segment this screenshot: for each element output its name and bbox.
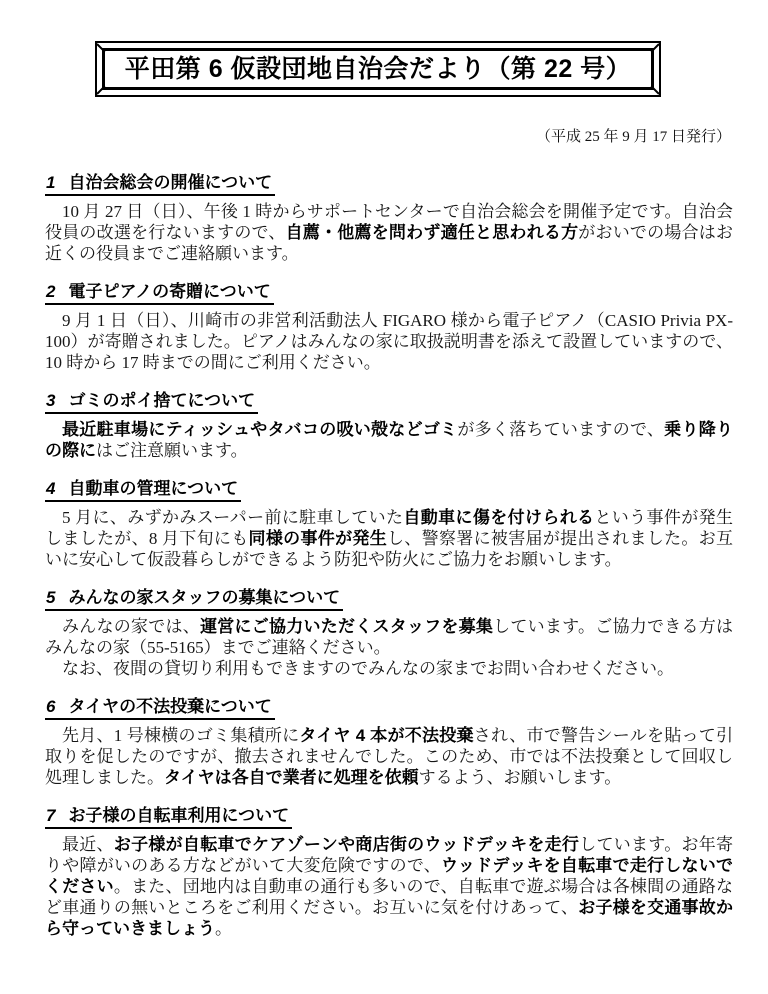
paragraph: 最近駐車場にティッシュやタバコの吸い殻などゴミが多く落ちていますので、乗り降りの… [45,419,733,461]
section-heading-underline: 1自治会総会の開催について [45,173,275,196]
emphasis-text-run: お子様が自転車でケアゾーンや商店街のウッドデッキを走行 [114,835,579,854]
section-number: 3 [46,391,55,411]
section-title: 電子ピアノの寄贈について [68,282,270,301]
section-heading: 4自動車の管理について [45,479,733,502]
emphasis-text-run: 最近駐車場にティッシュやタバコの吸い殻などゴミ [62,420,457,439]
issue-date: （平成 25 年 9 月 17 日発行） [45,127,731,147]
section-title: 自動車の管理について [68,479,238,498]
sections-container: 1自治会総会の開催について10 月 27 日（日）、午後 1 時からサポートセン… [45,173,733,939]
section-heading: 1自治会総会の開催について [45,173,733,196]
section-heading-underline: 3ゴミのポイ捨てについて [45,391,258,414]
section-heading-underline: 4自動車の管理について [45,479,241,502]
section-number: 1 [46,173,55,193]
section-title: お子様の自転車利用について [68,806,289,825]
frame-bevel-top-right [651,43,660,52]
frame-bevel-bottom-left [96,86,105,95]
section-title: ゴミのポイ捨てについて [68,391,255,410]
paragraph: 先月、1 号棟横のゴミ集積所にタイヤ 4 本が不法投棄され、市で警告シールを貼っ… [45,725,733,788]
text-run: が多く落ちていますので、 [457,420,664,439]
section-heading: 7お子様の自転車利用について [45,806,733,829]
emphasis-text-run: 運営にご協力いただくスタッフを募集 [200,617,493,636]
section-title: 自治会総会の開催について [68,173,272,192]
section: 5みんなの家スタッフの募集についてみんなの家では、運営にご協力いただくスタッフを… [45,588,733,679]
section: 7お子様の自転車利用について最近、お子様が自転車でケアゾーンや商店街のウッドデッ… [45,806,733,939]
frame-bevel-bottom-right [651,86,660,95]
paragraph: 10 月 27 日（日）、午後 1 時からサポートセンターで自治会総会を開催予定… [45,201,733,264]
newsletter-page: 平田第 6 仮設団地自治会だより（第 22 号） （平成 25 年 9 月 17… [0,0,768,994]
emphasis-text-run: 同様の事件が発生 [249,529,388,548]
section: 3ゴミのポイ捨てについて最近駐車場にティッシュやタバコの吸い殻などゴミが多く落ち… [45,391,733,461]
section-title: みんなの家スタッフの募集について [68,588,340,607]
text-run: はご注意願います。 [96,441,248,460]
section-number: 5 [46,588,55,608]
section-number: 4 [46,479,55,499]
text-run: 5 月に、みずかみスーパー前に駐車していた [62,508,403,527]
paragraph: みんなの家では、運営にご協力いただくスタッフを募集しています。ご協力できる方はみ… [45,616,733,658]
text-run: 先月、1 号棟横のゴミ集積所に [62,726,299,745]
section: 2電子ピアノの寄贈について9 月 1 日（日）、川崎市の非営利活動法人 FIGA… [45,282,733,373]
section-number: 6 [46,697,55,717]
text-run: 最近、 [62,835,114,854]
section-heading: 6タイヤの不法投棄について [45,697,733,720]
section-title: タイヤの不法投棄について [68,697,271,716]
emphasis-text-run: 自動車に傷を付けられる [403,508,594,527]
emphasis-text-run: タイヤ 4 本が不法投棄 [299,726,473,745]
section-heading-underline: 6タイヤの不法投棄について [45,697,275,720]
section-heading: 3ゴミのポイ捨てについて [45,391,733,414]
section-number: 2 [46,282,55,302]
emphasis-text-run: 自薦・他薦を問わず適任と思われる方 [286,223,579,242]
text-run: なお、夜間の貸切り利用もできますのでみんなの家までお問い合わせください。 [62,659,674,678]
emphasis-text-run: タイヤは各自で業者に処理を依頼 [164,768,419,787]
text-run: 。 [215,919,232,938]
paragraph: 5 月に、みずかみスーパー前に駐車していた自動車に傷を付けられるという事件が発生… [45,507,733,570]
section-heading-underline: 2電子ピアノの寄贈について [45,282,274,305]
section: 1自治会総会の開催について10 月 27 日（日）、午後 1 時からサポートセン… [45,173,733,264]
text-run: みんなの家では、 [62,617,200,636]
paragraph: 最近、お子様が自転車でケアゾーンや商店街のウッドデッキを走行しています。お年寄り… [45,834,733,939]
section-number: 7 [46,806,55,826]
text-run: するよう、お願いします。 [419,768,622,787]
section: 4自動車の管理について5 月に、みずかみスーパー前に駐車していた自動車に傷を付け… [45,479,733,570]
masthead-frame: 平田第 6 仮設団地自治会だより（第 22 号） [95,41,661,97]
paragraph: なお、夜間の貸切り利用もできますのでみんなの家までお問い合わせください。 [45,658,733,679]
section-heading: 2電子ピアノの寄贈について [45,282,733,305]
section-heading-underline: 7お子様の自転車利用について [45,806,292,829]
section: 6タイヤの不法投棄について先月、1 号棟横のゴミ集積所にタイヤ 4 本が不法投棄… [45,697,733,788]
section-heading: 5みんなの家スタッフの募集について [45,588,733,611]
section-heading-underline: 5みんなの家スタッフの募集について [45,588,343,611]
text-run: 9 月 1 日（日）、川崎市の非営利活動法人 FIGARO 様から電子ピアノ（C… [45,311,733,372]
paragraph: 9 月 1 日（日）、川崎市の非営利活動法人 FIGARO 様から電子ピアノ（C… [45,310,733,373]
masthead-title: 平田第 6 仮設団地自治会だより（第 22 号） [102,48,654,90]
